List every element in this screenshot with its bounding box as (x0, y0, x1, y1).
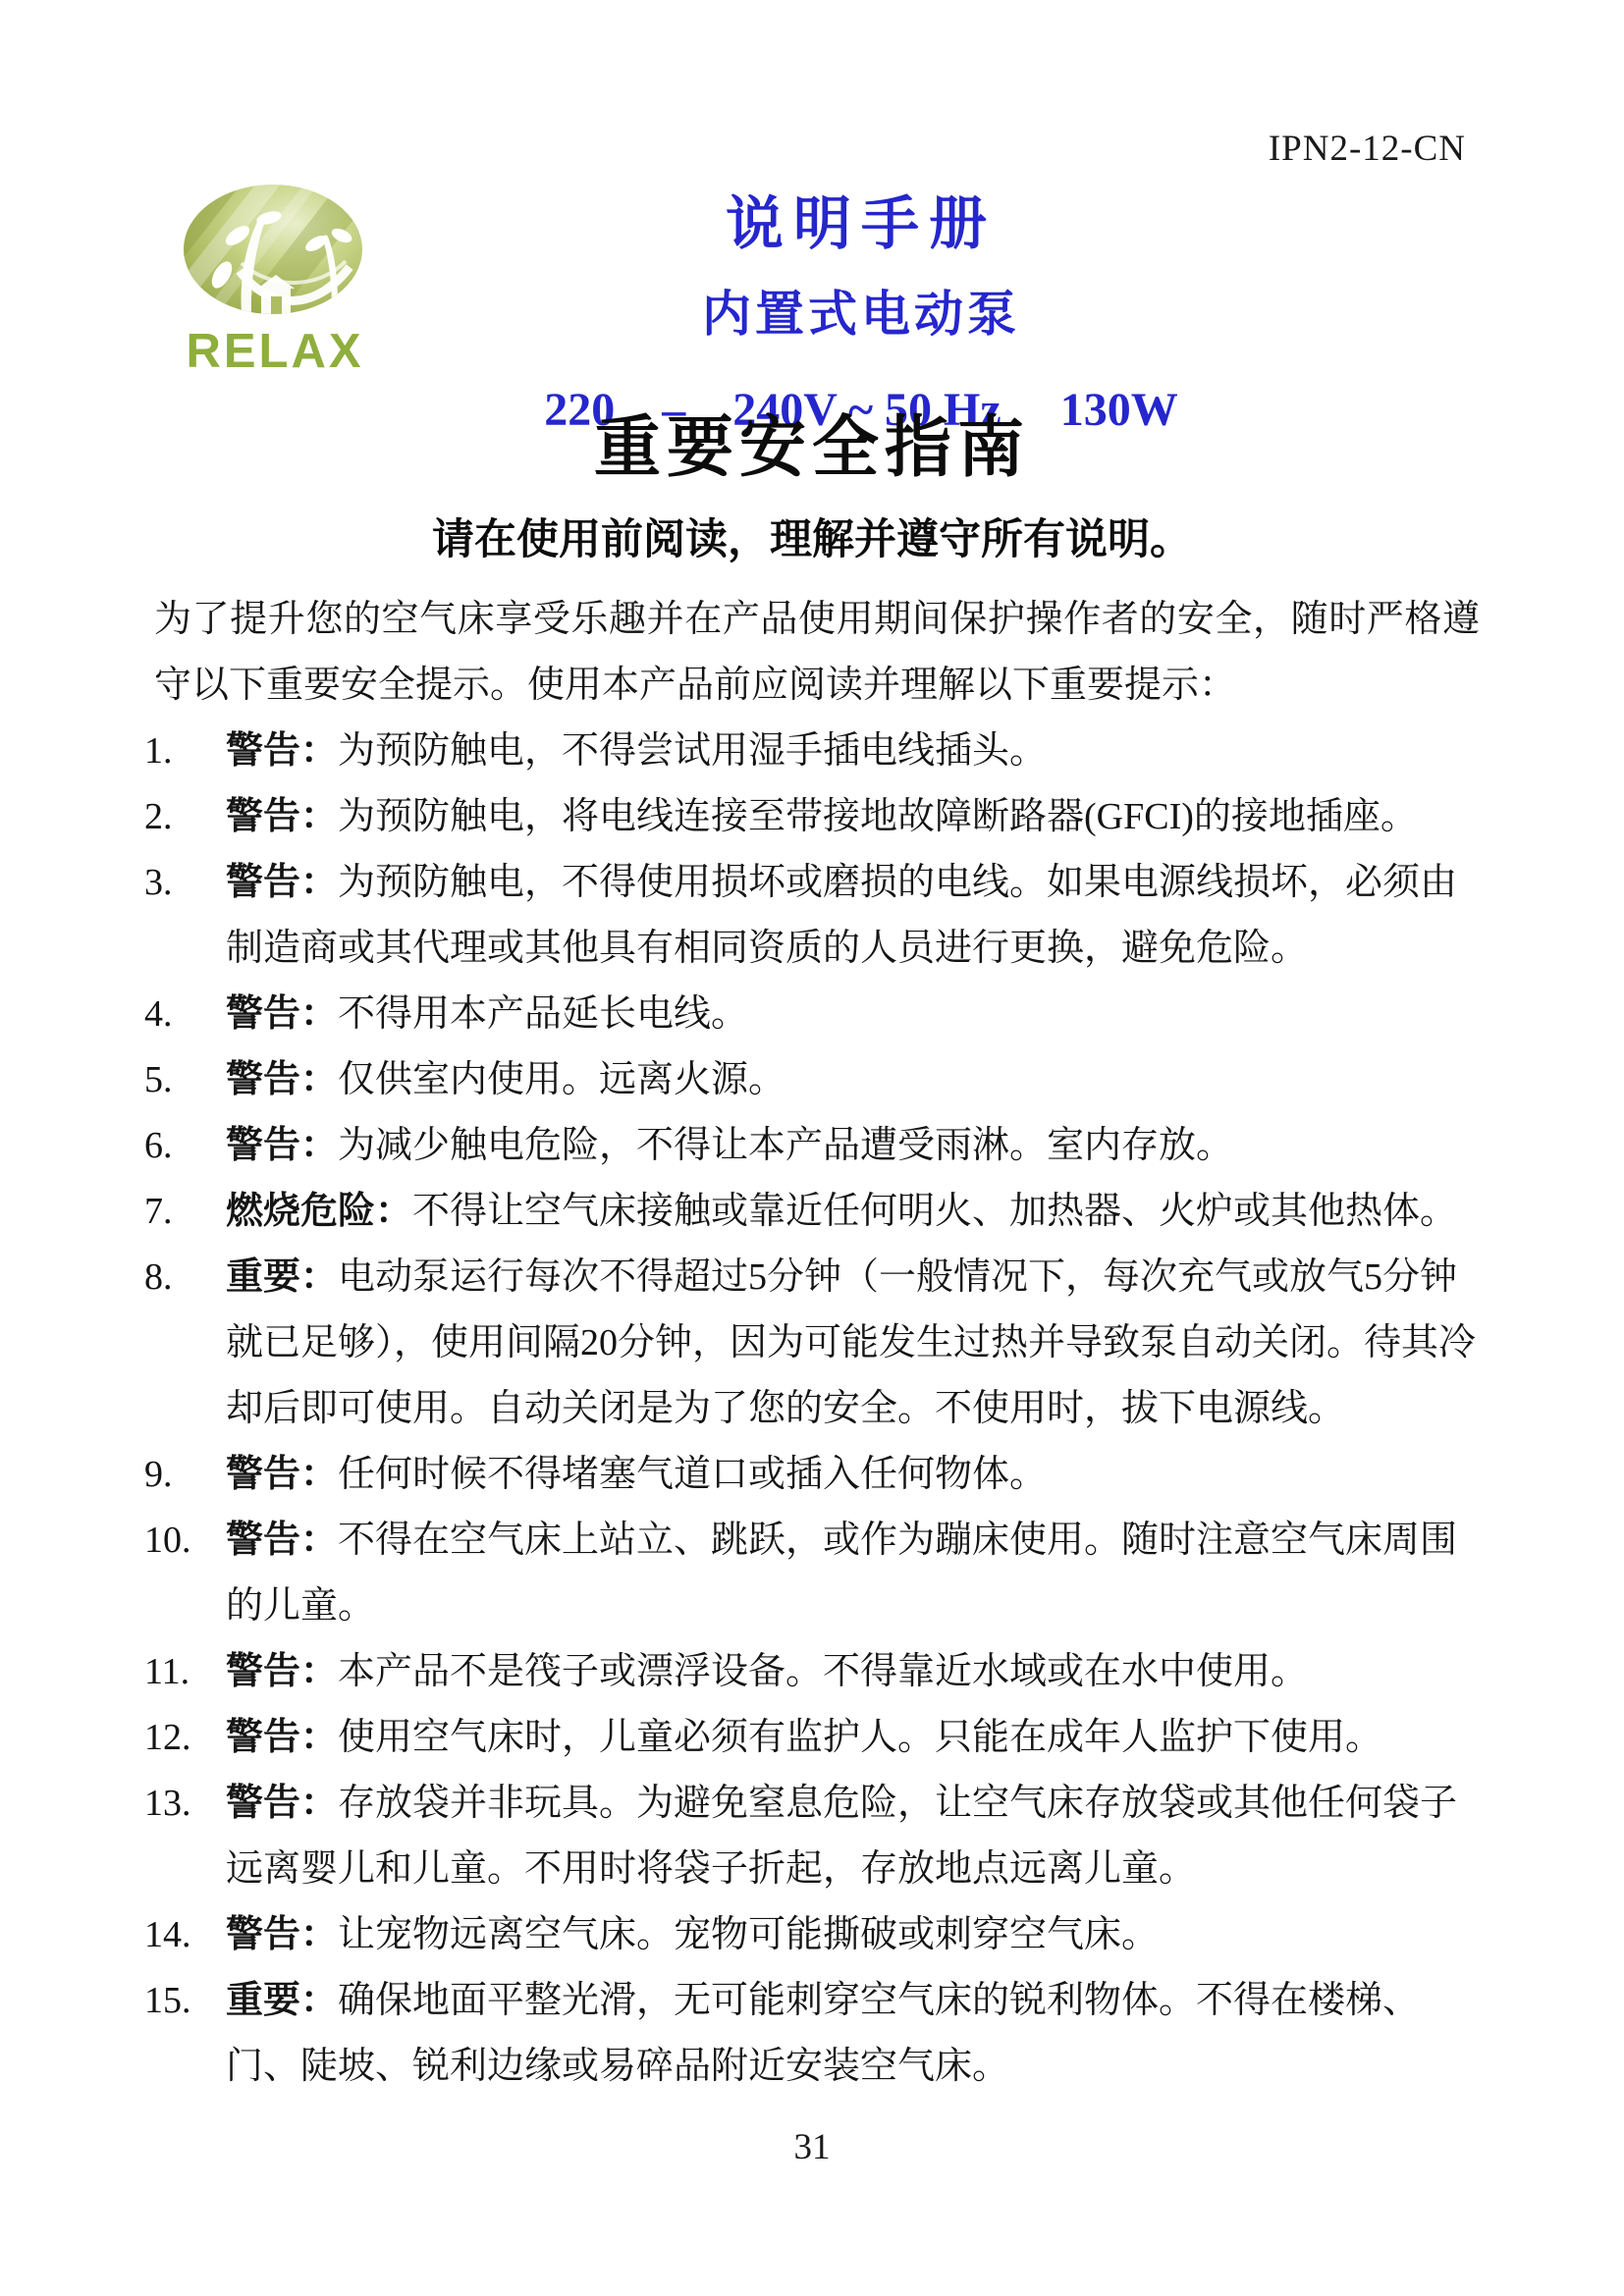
item-text: 警告：使用空气床时，儿童必须有监护人。只能在成年人监护下使用。 (226, 1705, 1492, 1771)
item-label: 警告： (226, 796, 338, 837)
item-text: 警告：为减少触电危险，不得让本产品遭受雨淋。室内存放。 (226, 1113, 1492, 1179)
list-item: 10. 警告：不得在空气床上站立、跳跃，或作为蹦床使用。随时注意空气床周围的儿童… (144, 1508, 1519, 1639)
manual-subtitle: 内置式电动泵 (98, 275, 1624, 346)
manual-page: { "doc_id": "IPN2-12-CN", "logo": { "bra… (0, 0, 1624, 2296)
list-item: 4. 警告：不得用本产品延长电线。 (144, 982, 1519, 1047)
list-item: 13. 警告：存放袋并非玩具。为避免窒息危险，让空气床存放袋或其他任何袋子远离婴… (144, 1771, 1519, 1902)
list-item: 8. 重要：电动泵运行每次不得超过5分钟（一般情况下，每次充气或放气5分钟就已足… (144, 1245, 1519, 1442)
item-text: 警告：为预防触电，不得使用损坏或磨损的电线。如果电源线损坏，必须由制造商或其代理… (226, 850, 1492, 982)
list-item: 15. 重要：确保地面平整光滑，无可能刺穿空气床的锐利物体。不得在楼梯、门、陡坡… (144, 1968, 1519, 2100)
item-label: 警告： (226, 993, 338, 1035)
list-item: 1. 警告：为预防触电，不得尝试用湿手插电线插头。 (144, 719, 1519, 784)
item-text: 警告：不得用本产品延长电线。 (226, 982, 1492, 1047)
item-body: 不得在空气床上站立、跳跃，或作为蹦床使用。随时注意空气床周围的儿童。 (226, 1520, 1457, 1627)
item-body: 仅供室内使用。远离火源。 (338, 1059, 785, 1100)
item-body: 为预防触电，不得尝试用湿手插电线插头。 (338, 730, 1047, 772)
list-item: 3. 警告：为预防触电，不得使用损坏或磨损的电线。如果电源线损坏，必须由制造商或… (144, 850, 1519, 982)
item-number: 4. (144, 982, 226, 1047)
list-item: 7. 燃烧危险：不得让空气床接触或靠近任何明火、加热器、火炉或其他热体。 (144, 1179, 1519, 1245)
item-number: 3. (144, 850, 226, 982)
item-label: 警告： (226, 1454, 338, 1495)
item-label: 燃烧危险： (226, 1191, 412, 1232)
item-number: 5. (144, 1047, 226, 1113)
list-item: 12. 警告：使用空气床时，儿童必须有监护人。只能在成年人监护下使用。 (144, 1705, 1519, 1771)
item-text: 警告：让宠物远离空气床。宠物可能撕破或刺穿空气床。 (226, 1902, 1492, 1968)
item-text: 重要：电动泵运行每次不得超过5分钟（一般情况下，每次充气或放气5分钟就已足够），… (226, 1245, 1492, 1442)
item-body: 让宠物远离空气床。宠物可能撕破或刺穿空气床。 (338, 1914, 1159, 1955)
item-number: 12. (144, 1705, 226, 1771)
list-item: 9. 警告：任何时候不得堵塞气道口或插入任何物体。 (144, 1442, 1519, 1508)
item-number: 2. (144, 784, 226, 850)
item-number: 10. (144, 1508, 226, 1639)
item-number: 9. (144, 1442, 226, 1508)
list-item: 2. 警告：为预防触电，将电线连接至带接地故障断路器(GFCI)的接地插座。 (144, 784, 1519, 850)
safety-content: 为了提升您的空气床享受乐趣并在产品使用期间保护操作者的安全，随时严格遵守以下重要… (144, 587, 1519, 2100)
item-number: 13. (144, 1771, 226, 1902)
item-number: 11. (144, 1639, 226, 1705)
list-item: 6. 警告：为减少触电危险，不得让本产品遭受雨淋。室内存放。 (144, 1113, 1519, 1179)
item-label: 警告： (226, 862, 338, 903)
item-body: 不得用本产品延长电线。 (338, 993, 748, 1035)
item-number: 14. (144, 1902, 226, 1968)
item-label: 重要： (226, 1256, 338, 1298)
item-number: 7. (144, 1179, 226, 1245)
item-text: 警告：为预防触电，将电线连接至带接地故障断路器(GFCI)的接地插座。 (226, 784, 1492, 850)
item-label: 警告： (226, 1651, 338, 1692)
item-number: 8. (144, 1245, 226, 1442)
item-body: 为减少触电危险，不得让本产品遭受雨淋。室内存放。 (338, 1125, 1233, 1166)
safety-guide-title: 重要安全指南 (0, 395, 1624, 490)
item-body: 不得让空气床接触或靠近任何明火、加热器、火炉或其他热体。 (412, 1191, 1457, 1232)
item-label: 警告： (226, 1059, 338, 1100)
item-label: 警告： (226, 1125, 338, 1166)
item-body: 使用空气床时，儿童必须有监护人。只能在成年人监护下使用。 (338, 1717, 1382, 1758)
item-body: 任何时候不得堵塞气道口或插入任何物体。 (338, 1454, 1047, 1495)
item-text: 警告：存放袋并非玩具。为避免窒息危险，让空气床存放袋或其他任何袋子远离婴儿和儿童… (226, 1771, 1492, 1902)
item-number: 6. (144, 1113, 226, 1179)
item-number: 1. (144, 719, 226, 784)
item-number: 15. (144, 1968, 226, 2100)
item-body: 本产品不是筏子或漂浮设备。不得靠近水域或在水中使用。 (338, 1651, 1308, 1692)
item-label: 警告： (226, 730, 338, 772)
item-body: 存放袋并非玩具。为避免窒息危险，让空气床存放袋或其他任何袋子远离婴儿和儿童。不用… (226, 1783, 1457, 1890)
item-label: 警告： (226, 1914, 338, 1955)
list-item: 11. 警告：本产品不是筏子或漂浮设备。不得靠近水域或在水中使用。 (144, 1639, 1519, 1705)
item-label: 警告： (226, 1520, 338, 1561)
item-body: 确保地面平整光滑，无可能刺穿空气床的锐利物体。不得在楼梯、门、陡坡、锐利边缘或易… (226, 1980, 1420, 2087)
item-text: 警告：任何时候不得堵塞气道口或插入任何物体。 (226, 1442, 1492, 1508)
item-text: 警告：本产品不是筏子或漂浮设备。不得靠近水域或在水中使用。 (226, 1639, 1492, 1705)
item-label: 警告： (226, 1783, 338, 1824)
item-label: 重要： (226, 1980, 338, 2021)
item-text: 燃烧危险：不得让空气床接触或靠近任何明火、加热器、火炉或其他热体。 (226, 1179, 1492, 1245)
item-text: 警告：不得在空气床上站立、跳跃，或作为蹦床使用。随时注意空气床周围的儿童。 (226, 1508, 1492, 1639)
list-item: 5. 警告：仅供室内使用。远离火源。 (144, 1047, 1519, 1113)
item-text: 警告：仅供室内使用。远离火源。 (226, 1047, 1492, 1113)
document-id: IPN2-12-CN (1269, 128, 1466, 170)
item-text: 重要：确保地面平整光滑，无可能刺穿空气床的锐利物体。不得在楼梯、门、陡坡、锐利边… (226, 1968, 1492, 2100)
read-before-use-line: 请在使用前阅读，理解并遵守所有说明。 (0, 507, 1624, 566)
item-body: 电动泵运行每次不得超过5分钟（一般情况下，每次充气或放气5分钟就已足够），使用间… (226, 1256, 1476, 1429)
item-text: 警告：为预防触电，不得尝试用湿手插电线插头。 (226, 719, 1492, 784)
item-label: 警告： (226, 1717, 338, 1758)
item-body: 为预防触电，不得使用损坏或磨损的电线。如果电源线损坏，必须由制造商或其代理或其他… (226, 862, 1457, 969)
list-item: 14. 警告：让宠物远离空气床。宠物可能撕破或刺穿空气床。 (144, 1902, 1519, 1968)
safety-items-list: 1. 警告：为预防触电，不得尝试用湿手插电线插头。 2. 警告：为预防触电，将电… (144, 719, 1519, 2100)
item-body: 为预防触电，将电线连接至带接地故障断路器(GFCI)的接地插座。 (338, 796, 1418, 837)
page-number: 31 (0, 2126, 1624, 2168)
intro-paragraph: 为了提升您的空气床享受乐趣并在产品使用期间保护操作者的安全，随时严格遵守以下重要… (154, 587, 1480, 719)
manual-title: 说明手册 (98, 177, 1624, 260)
